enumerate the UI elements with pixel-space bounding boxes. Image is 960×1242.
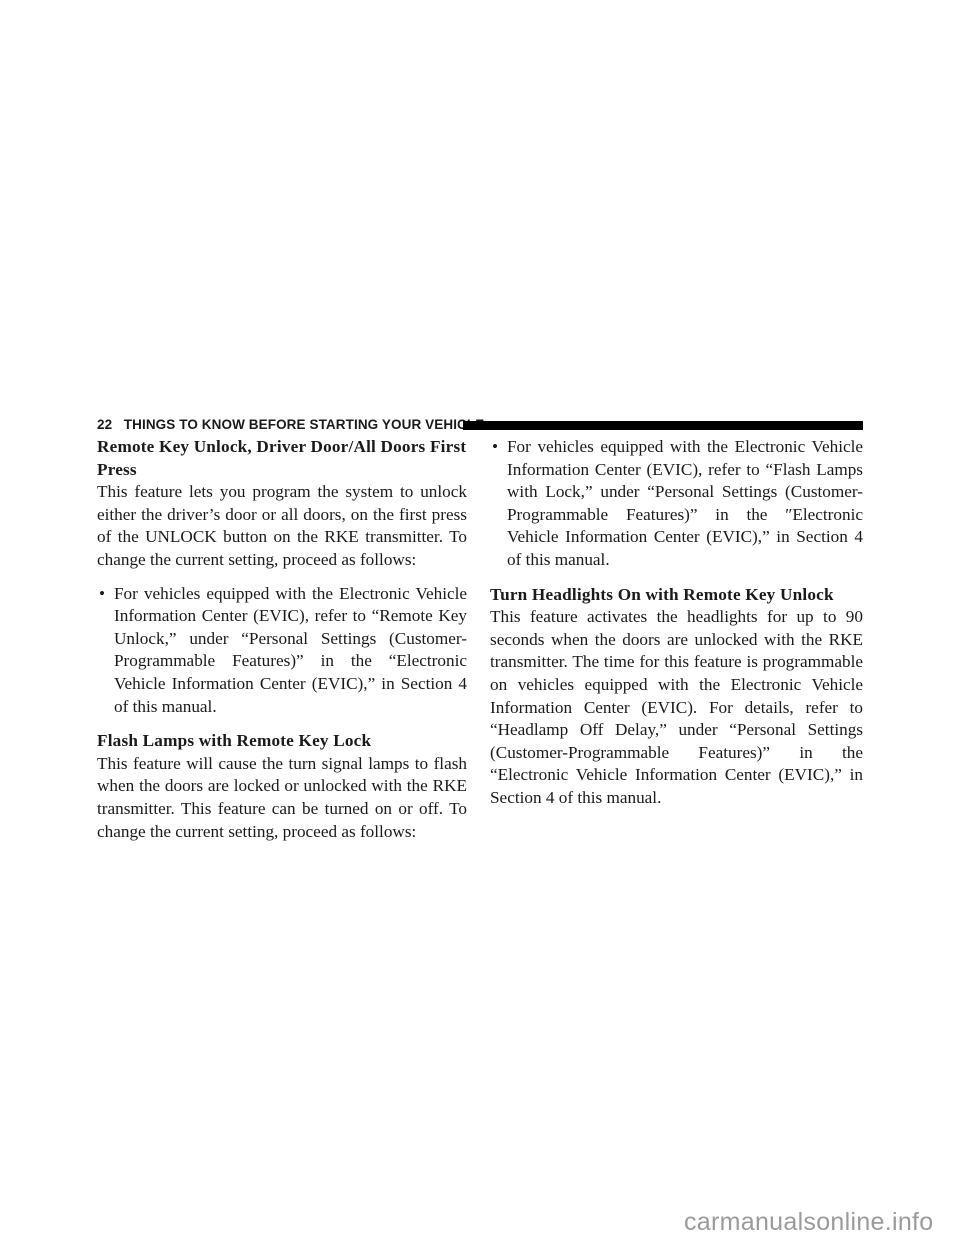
heading-flash-lamps: Flash Lamps with Remote Key Lock — [97, 730, 467, 753]
header-rule-bar — [463, 421, 863, 430]
watermark: carmanualsonline.info — [684, 1208, 934, 1237]
right-column: For vehicles equipped with the Electroni… — [490, 436, 863, 810]
bullet-list-remote-key-unlock: For vehicles equipped with the Electroni… — [97, 583, 467, 719]
running-header: 22 THINGS TO KNOW BEFORE STARTING YOUR V… — [97, 416, 484, 434]
left-column: Remote Key Unlock, Driver Door/All Doors… — [97, 436, 467, 843]
list-item: For vehicles equipped with the Electroni… — [490, 436, 863, 572]
section-title: THINGS TO KNOW BEFORE STARTING YOUR VEHI… — [124, 417, 485, 432]
paragraph-turn-headlights-on: This feature activates the headlights fo… — [490, 606, 863, 809]
bullet-list-flash-lamps: For vehicles equipped with the Electroni… — [490, 436, 863, 572]
page-header: 22 THINGS TO KNOW BEFORE STARTING YOUR V… — [97, 416, 863, 434]
heading-remote-key-unlock: Remote Key Unlock, Driver Door/All Doors… — [97, 436, 467, 481]
paragraph-remote-key-unlock: This feature lets you program the system… — [97, 481, 467, 571]
list-item: For vehicles equipped with the Electroni… — [97, 583, 467, 719]
page-number: 22 — [97, 417, 112, 432]
heading-turn-headlights-on: Turn Headlights On with Remote Key Unloc… — [490, 584, 863, 607]
paragraph-flash-lamps: This feature will cause the turn signal … — [97, 753, 467, 843]
